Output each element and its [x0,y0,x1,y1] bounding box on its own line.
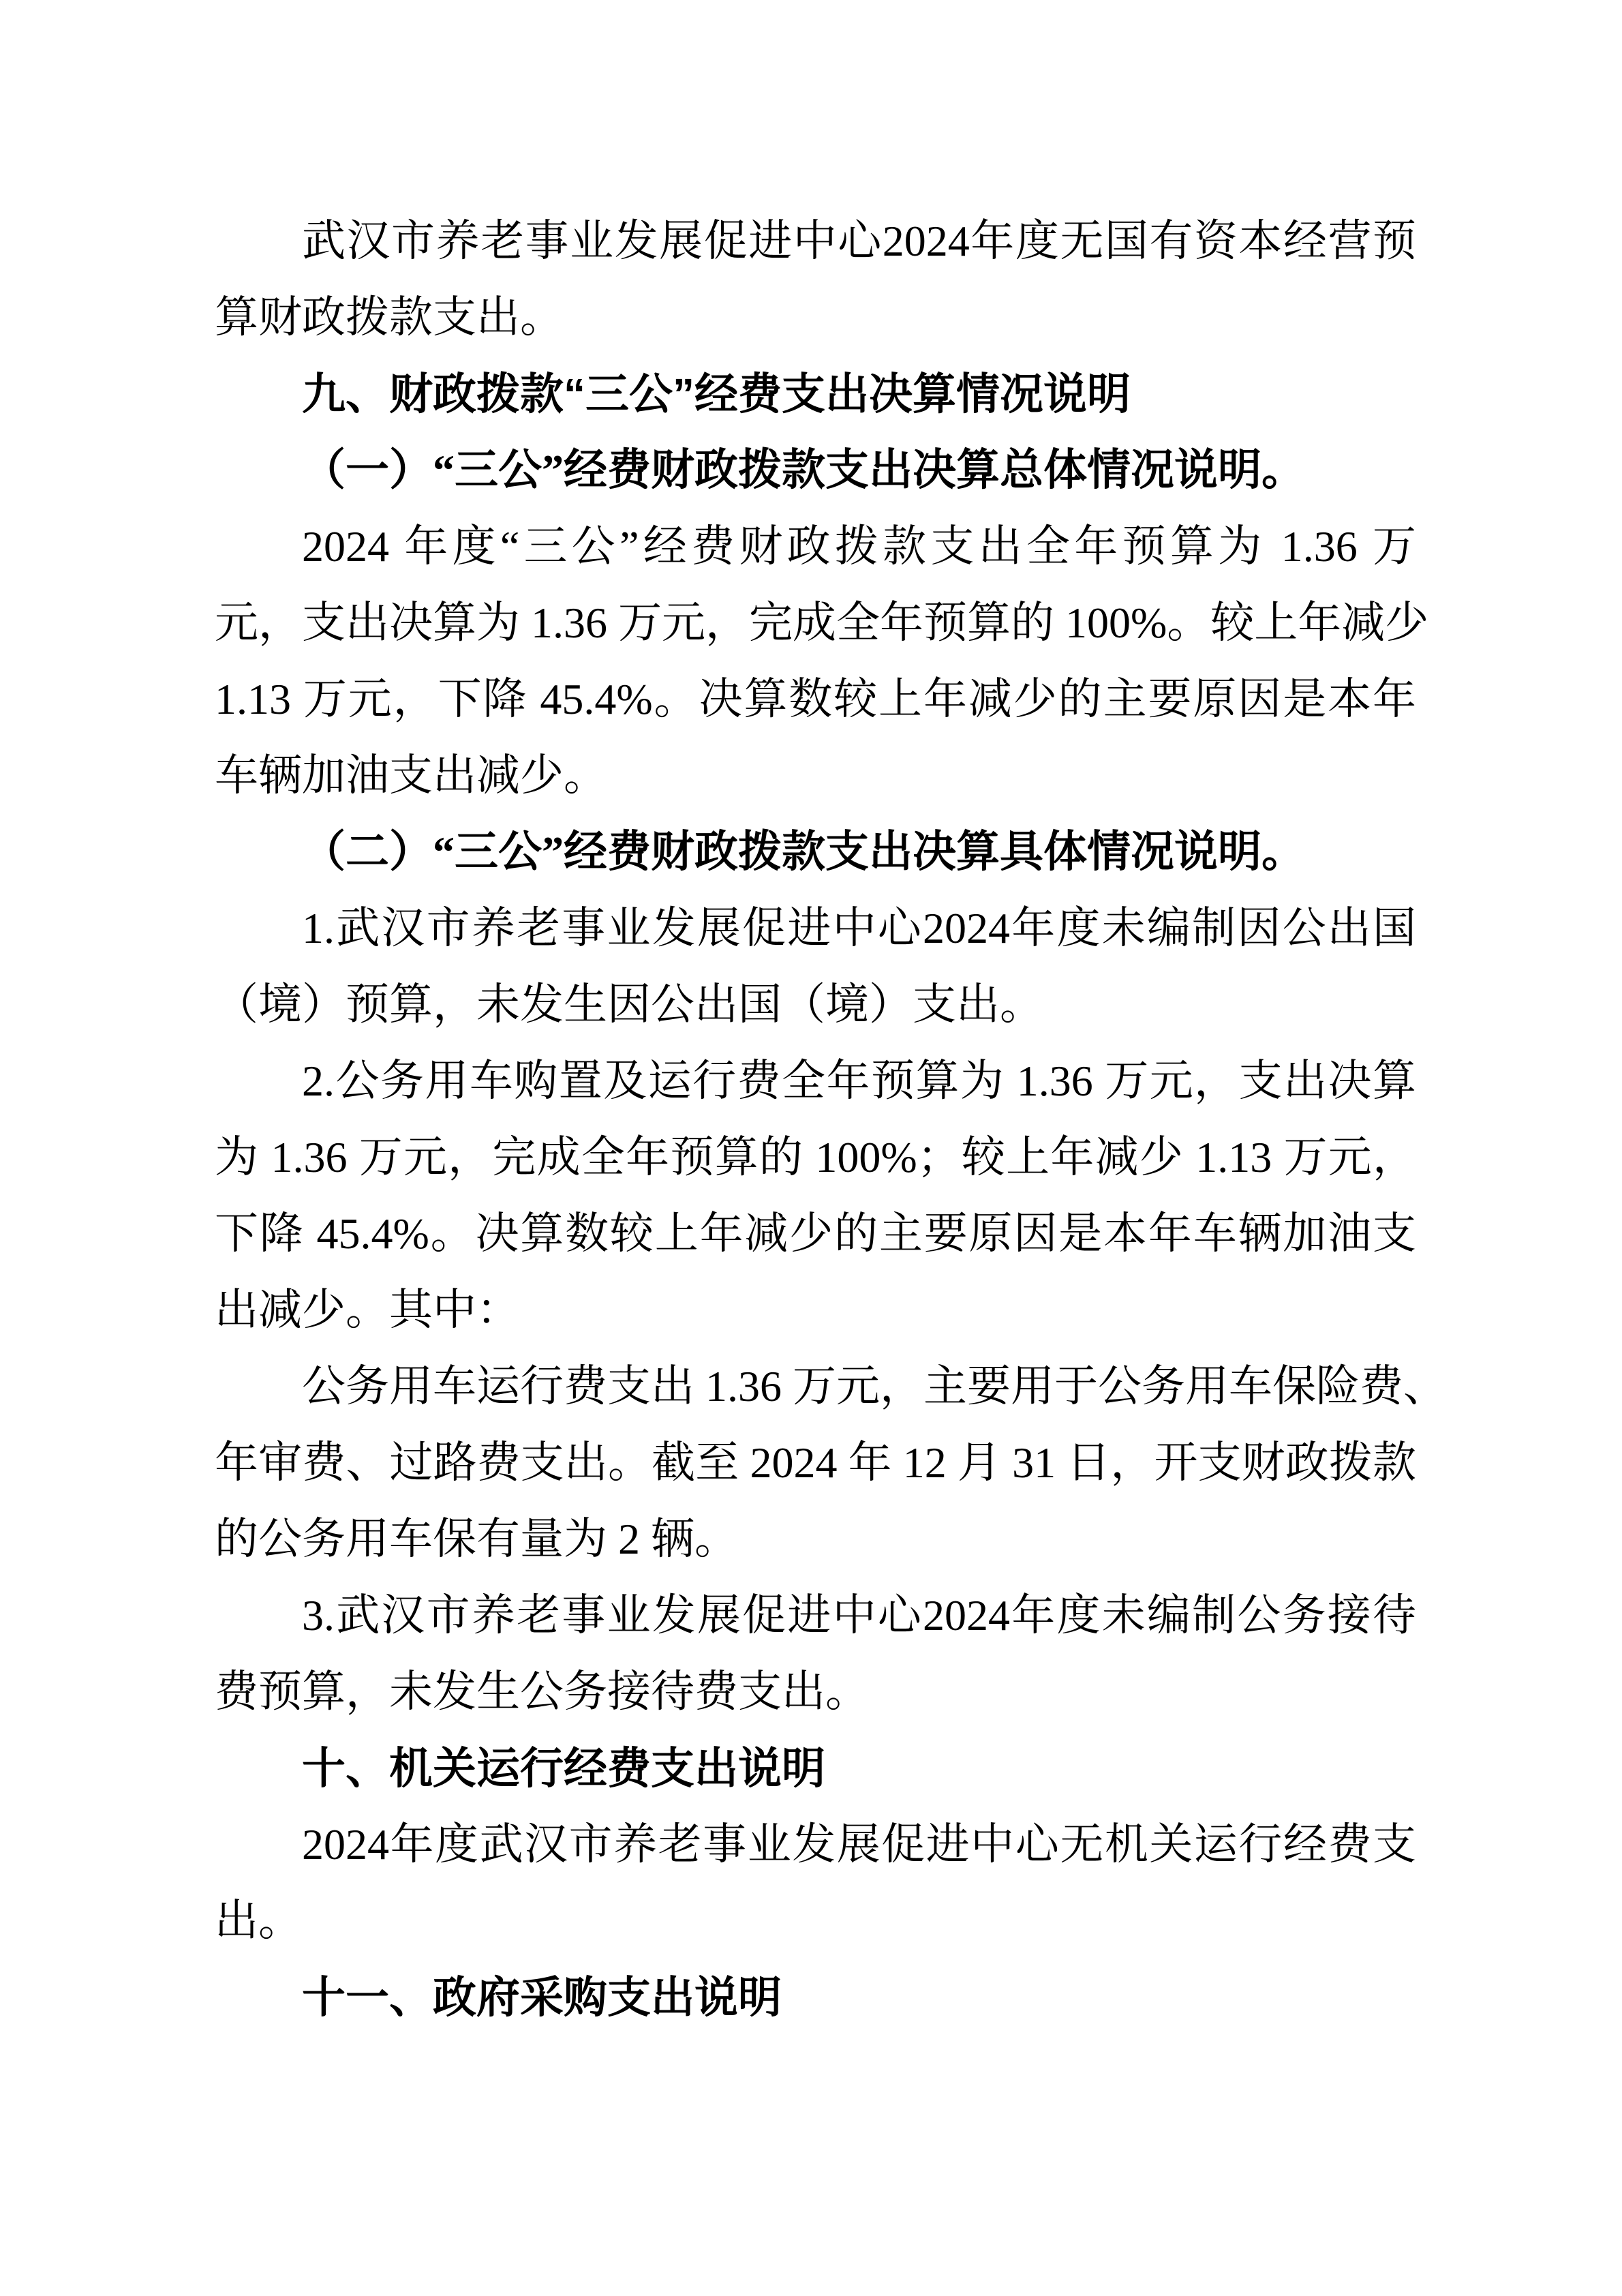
text-line: 费预算，未发生公务接待费支出。 [215,1654,1416,1730]
text-line: 3.武汉市养老事业发展促进中心2024年度未编制公务接待 [215,1577,1416,1654]
heading-section-ten: 十、机关运行经费支出说明 [215,1730,1416,1807]
text-line: 的公务用车保有量为 2 辆。 [215,1501,1416,1577]
heading-section-eleven: 十一、政府采购支出说明 [215,1959,1416,2036]
text-line: 1.武汉市养老事业发展促进中心2024年度未编制因公出国 [215,890,1416,967]
text-line: 2024年度武汉市养老事业发展促进中心无机关运行经费支 [215,1807,1416,1883]
text-line: 出。 [215,1883,1416,1959]
text-line: 出减少。其中： [215,1272,1416,1348]
heading-sub-two: （二）“三公”经费财政拨款支出决算具体情况说明。 [215,814,1416,890]
text-line: 算财政拨款支出。 [215,280,1416,356]
text-line: 公务用车运行费支出 1.36 万元，主要用于公务用车保险费、 [215,1348,1416,1425]
text-line: 年审费、过路费支出。截至 2024 年 12 月 31 日，开支财政拨款 [215,1425,1416,1501]
heading-sub-one: （一）“三公”经费财政拨款支出决算总体情况说明。 [215,432,1416,509]
text-line: 车辆加油支出减少。 [215,738,1416,814]
text-line: 元，支出决算为 1.36 万元，完成全年预算的 100%。较上年减少 [215,585,1416,661]
text-line: 下降 45.4%。决算数较上年减少的主要原因是本年车辆加油支 [215,1196,1416,1272]
text-line: 武汉市养老事业发展促进中心2024年度无国有资本经营预 [215,203,1416,280]
heading-section-nine: 九、财政拨款“三公”经费支出决算情况说明 [215,356,1416,432]
text-line: 1.13 万元，下降 45.4%。决算数较上年减少的主要原因是本年 [215,661,1416,738]
text-block: 武汉市养老事业发展促进中心2024年度无国有资本经营预 算财政拨款支出。 九、财… [215,203,1416,2036]
text-line: （境）预算，未发生因公出国（境）支出。 [215,967,1416,1043]
text-line: 2.公务用车购置及运行费全年预算为 1.36 万元，支出决算 [215,1043,1416,1119]
document-page: 武汉市养老事业发展促进中心2024年度无国有资本经营预 算财政拨款支出。 九、财… [0,0,1622,2296]
text-line: 2024 年度“三公”经费财政拨款支出全年预算为 1.36 万 [215,509,1416,585]
text-line: 为 1.36 万元，完成全年预算的 100%；较上年减少 1.13 万元， [215,1119,1416,1196]
